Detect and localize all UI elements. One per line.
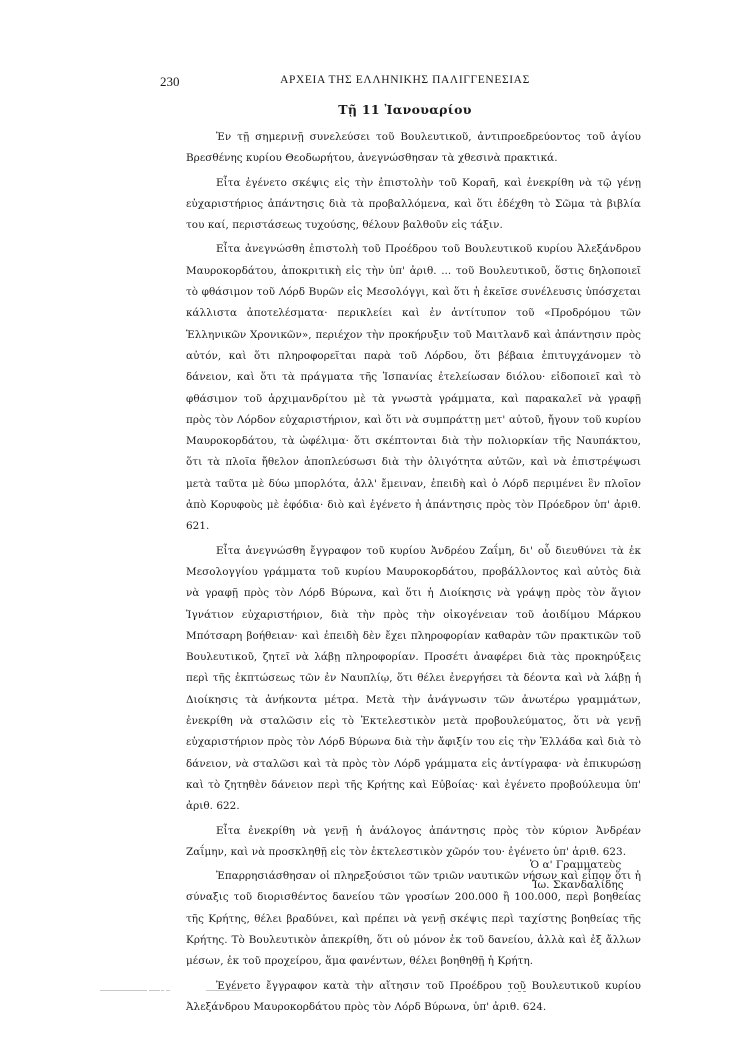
scan-line-mark (206, 990, 242, 991)
running-header: 230 ΑΡΧΕΙΑ ΤΗΣ ΕΛΛΗΝΙΚΗΣ ΠΑΛΙΓΓΕΝΕΣΙΑΣ (160, 74, 650, 90)
scan-line-mark (166, 990, 170, 991)
journal-title: ΑΡΧΕΙΑ ΤΗΣ ΕΛΛΗΝΙΚΗΣ ΠΑΛΙΓΓΕΝΕΣΙΑΣ (160, 74, 650, 86)
paragraph-korais-letter: Εἶτα ἐγένετο σκέψις εἰς τὴν ἐπιστολὴν το… (186, 173, 641, 237)
paragraph-zaimis-document: Εἶτα ἀνεγνώσθη ἔγγραφον τοῦ κυρίου Ἀνδρέ… (186, 541, 641, 818)
paragraph-byron-document: Ἐγένετο ἔγγραφον κατὰ τὴν αἴτησιν τοῦ Πρ… (186, 976, 641, 1019)
signature-title: Ὁ α' Γραμματεὺς (530, 855, 660, 875)
scan-artifacts (100, 990, 700, 992)
paragraph-mavrokordatos-letter: Εἶτα ἀνεγνώσθη ἐπιστολὴ τοῦ Προέδρου τοῦ… (186, 239, 641, 537)
scan-line-mark (149, 990, 160, 991)
section-date-heading: Τῇ 11 Ἰανουαρίου (160, 102, 650, 117)
scan-line-mark (100, 990, 147, 991)
scan-speck (518, 991, 521, 992)
scan-speck (508, 991, 510, 992)
signature-name: Ἰω. Σκανδαλίδης (530, 875, 660, 895)
scan-speck (523, 991, 526, 992)
signature-block: Ὁ α' Γραμματεὺς Ἰω. Σκανδαλίδης (530, 855, 660, 895)
paragraph-opening: Ἐν τῇ σημερινῇ συνελεύσει τοῦ Βουλευτικο… (186, 127, 641, 170)
scan-line-mark (161, 990, 164, 991)
document-page: 230 ΑΡΧΕΙΑ ΤΗΣ ΕΛΛΗΝΙΚΗΣ ΠΑΛΙΓΓΕΝΕΣΙΑΣ Τ… (0, 0, 744, 1052)
